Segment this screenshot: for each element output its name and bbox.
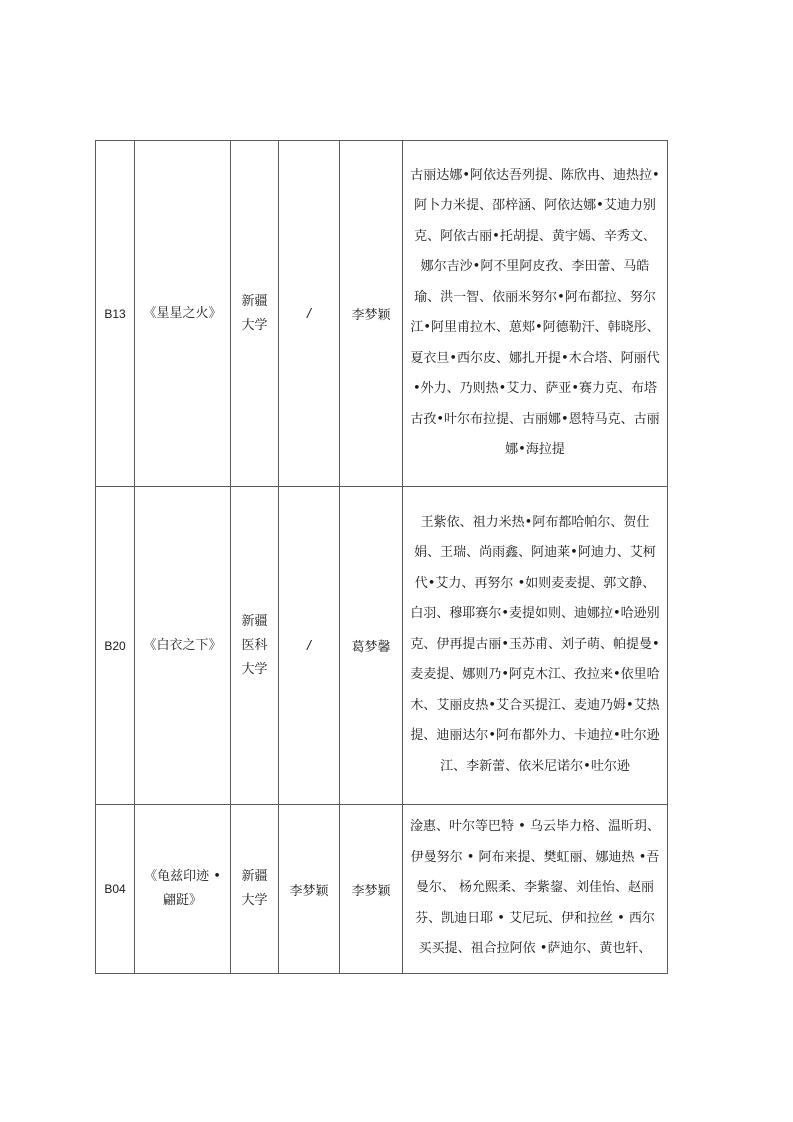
- school-name-text: 新疆大学: [231, 865, 278, 913]
- school-name-text: 新疆医科大学: [231, 610, 278, 682]
- document-page: B13 《星星之火》 新疆大学 / 李梦颖 古丽达娜•阿依达吾列提、陈欣冉、迪热…: [0, 0, 793, 1122]
- table-row: B04 《龟兹印迹 •翩跹》 新疆大学 李梦颖 李梦颖 淦惠、叶尔等巴特 • 乌…: [96, 805, 668, 974]
- team-roster-table: B13 《星星之火》 新疆大学 / 李梦颖 古丽达娜•阿依达吾列提、陈欣冉、迪热…: [95, 140, 668, 974]
- director-name-text: /: [307, 637, 311, 653]
- work-title: 《白衣之下》: [135, 487, 231, 805]
- leader-name: 李梦颖: [340, 805, 403, 974]
- member-list: 淦惠、叶尔等巴特 • 乌云毕力格、温昕玥、伊曼努尔 • 阿布来提、樊虹丽、娜迪热…: [403, 805, 668, 974]
- director-name-text: /: [307, 305, 311, 321]
- school-name: 新疆大学: [231, 805, 279, 974]
- school-name-text: 新疆大学: [231, 290, 278, 338]
- work-title: 《龟兹印迹 •翩跹》: [135, 805, 231, 974]
- work-title-text: 《白衣之下》: [135, 634, 230, 658]
- director-name: 李梦颖: [279, 805, 340, 974]
- member-list-text: 淦惠、叶尔等巴特 • 乌云毕力格、温昕玥、伊曼努尔 • 阿布来提、樊虹丽、娜迪热…: [403, 810, 667, 968]
- work-title: 《星星之火》: [135, 141, 231, 487]
- work-title-text: 《星星之火》: [135, 302, 230, 326]
- table-row: B20 《白衣之下》 新疆医科大学 / 葛梦馨 王紫依、祖力米热•阿布都哈帕尔、…: [96, 487, 668, 805]
- school-name: 新疆医科大学: [231, 487, 279, 805]
- member-list: 古丽达娜•阿依达吾列提、陈欣冉、迪热拉•阿卜力米提、邵梓涵、阿依达娜•艾迪力别克…: [403, 141, 668, 487]
- member-list-text: 王紫依、祖力米热•阿布都哈帕尔、贺仕娟、王瑞、尚雨鑫、阿迪莱•阿迪力、艾柯代•艾…: [403, 506, 667, 786]
- entry-code: B04: [96, 805, 135, 974]
- member-list-text: 古丽达娜•阿依达吾列提、陈欣冉、迪热拉•阿卜力米提、邵梓涵、阿依达娜•艾迪力别克…: [403, 159, 667, 469]
- member-list: 王紫依、祖力米热•阿布都哈帕尔、贺仕娟、王瑞、尚雨鑫、阿迪莱•阿迪力、艾柯代•艾…: [403, 487, 668, 805]
- director-name: /: [279, 141, 340, 487]
- work-title-text: 《龟兹印迹 •翩跹》: [135, 865, 230, 913]
- leader-name: 葛梦馨: [340, 487, 403, 805]
- entry-code: B20: [96, 487, 135, 805]
- table-row: B13 《星星之火》 新疆大学 / 李梦颖 古丽达娜•阿依达吾列提、陈欣冉、迪热…: [96, 141, 668, 487]
- school-name: 新疆大学: [231, 141, 279, 487]
- entry-code: B13: [96, 141, 135, 487]
- leader-name: 李梦颖: [340, 141, 403, 487]
- director-name: /: [279, 487, 340, 805]
